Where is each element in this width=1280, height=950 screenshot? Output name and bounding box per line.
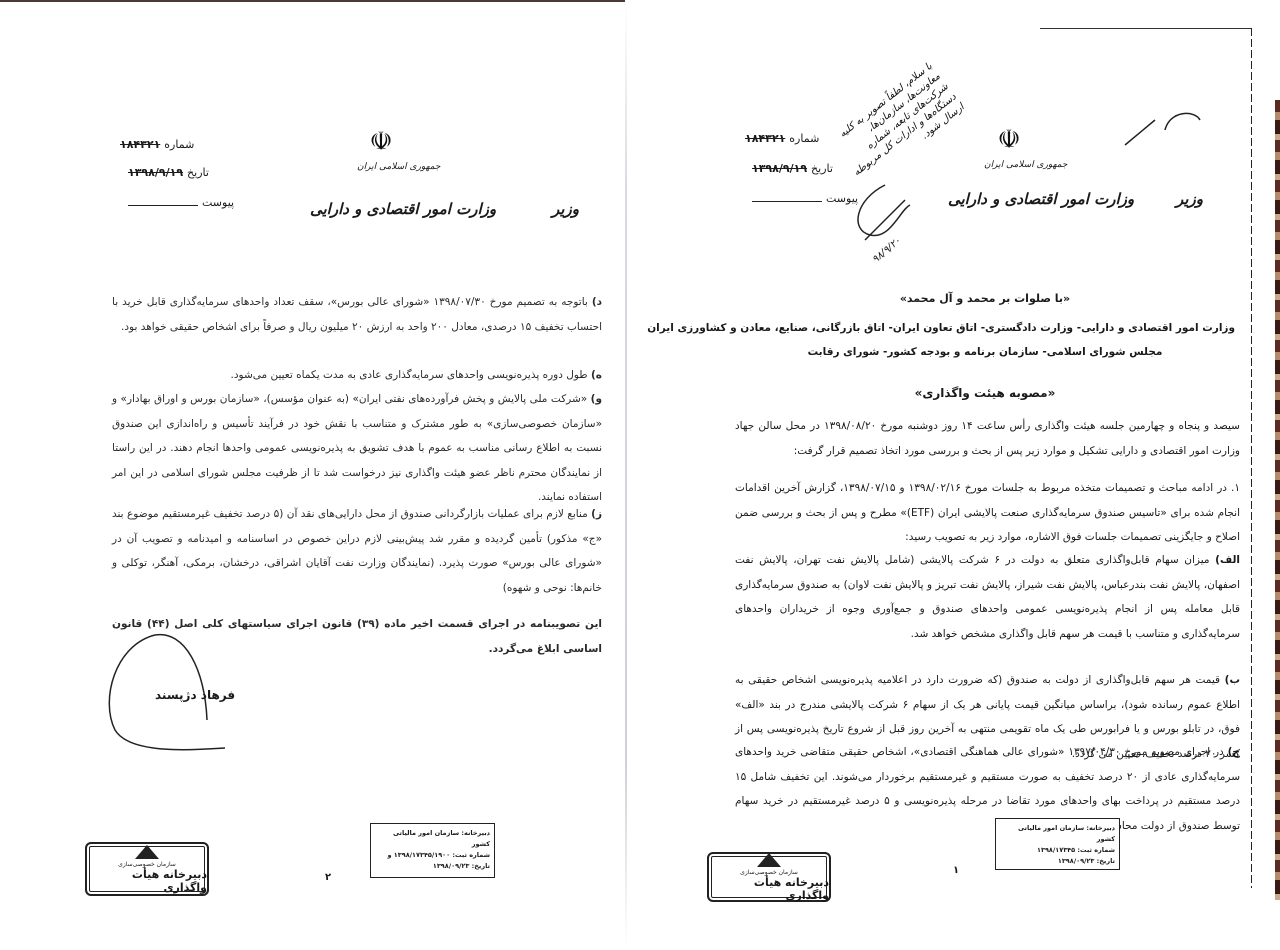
letter-date: تاریخ ۱۳۹۸/۹/۱۹ (752, 162, 833, 175)
stamp-org: سازمان خصوصی‌سازی (740, 869, 798, 876)
clause-label: ب) (1225, 674, 1240, 686)
attachment-line (128, 204, 198, 206)
date-value: ۱۳۹۸/۹/۱۹ (128, 166, 183, 179)
registry-line: دبیرخانه: سازمان امور مالیاتی کشور (1000, 823, 1115, 845)
number-value: ۱۸۴۳۲۱ (745, 132, 785, 145)
clause-label: د) (592, 296, 602, 308)
letter-number: شماره ۱۸۴۳۲۱ (120, 138, 194, 151)
number-label: شماره (164, 138, 194, 151)
registry-line: تاریخ: ۱۳۹۸/۰۹/۲۳ (1000, 856, 1115, 867)
clause-text: طول دوره پذیره‌نویسی واحدهای سرمایه‌گذار… (231, 369, 588, 381)
recipients-line-1: وزارت امور اقتصادی و دارایی- وزارت دادگس… (735, 322, 1235, 334)
registry-line: شماره ثبت: ۱۳۹۸/۱۷۳۴۵ (1000, 845, 1115, 856)
scan-edge (0, 0, 625, 2)
item-text: در ادامه مباحث و تصمیمات متخذه مربوط به … (735, 482, 1240, 543)
clause-label: الف) (1215, 554, 1240, 566)
clause-text: در اجرای مصوبه مورخ ۱۳۹۷/۰۴/۳۰ «شورای عا… (735, 746, 1240, 832)
recipients-line-2: مجلس شورای اسلامی- سازمان برنامه و بودجه… (735, 346, 1235, 358)
clause-label: و) (591, 393, 602, 405)
document-page-2: ☫ جمهوری اسلامی ایران وزارت امور اقتصادی… (0, 0, 626, 950)
clause-label: ه) (591, 369, 602, 381)
page-border (1251, 28, 1252, 888)
attachment-label: پیوست (202, 196, 234, 209)
registry-line: شماره ثبت: ۱۳۹۸/۱۷۳۴۵/۱۹۰۰ و (375, 850, 490, 861)
handwritten-initials-icon (1115, 110, 1205, 150)
privatization-logo-icon (757, 853, 781, 867)
date-label: تاریخ (811, 162, 833, 175)
clause-alef: الف) میزان سهام قابل‌واگذاری متعلق به دو… (735, 548, 1240, 646)
clause-ze: ز) منابع لازم برای عملیات بازارگردانی صن… (112, 502, 602, 600)
stamp-org: سازمان خصوصی‌سازی (118, 861, 176, 868)
item-1: ۱. در ادامه مباحث و تصمیمات متخذه مربوط … (735, 476, 1240, 550)
ministry-name: وزارت امور اقتصادی و دارایی (948, 190, 1134, 208)
secretariat-stamp: سازمان خصوصی‌سازی دبیرخانه هیأت واگذاری (707, 852, 831, 902)
clause-vav: و) «شرکت ملی پالایش و پخش فرآورده‌های نف… (112, 387, 602, 510)
clause-label: ج) (1228, 746, 1240, 758)
attachment-line (752, 200, 822, 202)
clause-text: «شرکت ملی پالایش و پخش فرآورده‌های نفتی … (112, 393, 602, 503)
registry-line: تاریخ: ۱۳۹۸/۰۹/۲۳ (375, 861, 490, 872)
salutation: «با صلوات بر محمد و آل محمد» (885, 292, 1085, 305)
iran-emblem-icon: ☫ (368, 126, 394, 158)
clause-jim: ج) در اجرای مصوبه مورخ ۱۳۹۷/۰۴/۳۰ «شورای… (735, 740, 1240, 838)
date-label: تاریخ (187, 166, 209, 179)
letter-date: تاریخ ۱۳۹۸/۹/۱۹ (128, 166, 209, 179)
meeting-intro: سیصد و پنجاه و چهارمین جلسه هیئت واگذاری… (735, 414, 1240, 463)
stamp-label: دبیرخانه هیأت واگذاری (709, 876, 829, 902)
secretariat-stamp: سازمان خصوصی‌سازی دبیرخانه هیأت واگذاری (85, 842, 209, 896)
recipient-label: وزیر (1176, 190, 1203, 208)
page-number: ۱ (953, 865, 959, 876)
clause-text: میزان سهام قابل‌واگذاری متعلق به دولت در… (735, 554, 1240, 640)
page-divider (625, 0, 627, 950)
registry-stamp: دبیرخانه: سازمان امور مالیاتی کشور شماره… (995, 818, 1120, 870)
clause-dal: د) باتوجه به تصمیم مورخ ۱۳۹۸/۰۷/۳۰ «شورا… (112, 290, 602, 339)
clause-label: ز) (591, 508, 602, 520)
letter-attachment: پیوست (752, 192, 858, 205)
stamp-label: دبیرخانه هیأت واگذاری (87, 868, 207, 894)
signatory-name: فرهاد دژپسند (155, 688, 235, 702)
emblem-caption: جمهوری اسلامی ایران (357, 162, 441, 172)
clause-text: منابع لازم برای عملیات بازارگردانی صندوق… (112, 508, 602, 594)
resolution-title: «مصوبه هیئت واگذاری» (885, 386, 1085, 400)
emblem-caption: جمهوری اسلامی ایران (984, 160, 1068, 170)
item-number: ۱. (1231, 482, 1240, 494)
ministry-name: وزارت امور اقتصادی و دارایی (310, 200, 496, 218)
letter-attachment: پیوست (128, 196, 234, 209)
date-value: ۱۳۹۸/۹/۱۹ (752, 162, 807, 175)
recipient-label: وزیر (552, 200, 579, 218)
number-label: شماره (789, 132, 819, 145)
registry-line: دبیرخانه: سازمان امور مالیاتی کشور (375, 828, 490, 850)
clause-he: ه) طول دوره پذیره‌نویسی واحدهای سرمایه‌گ… (112, 363, 602, 388)
clause-text: باتوجه به تصمیم مورخ ۱۳۹۸/۰۷/۳۰ «شورای ع… (112, 296, 602, 333)
registry-stamp: دبیرخانه: سازمان امور مالیاتی کشور شماره… (370, 823, 495, 878)
number-value: ۱۸۴۳۲۱ (120, 138, 160, 151)
page-border (1040, 28, 1252, 29)
torn-paper-edge (1275, 100, 1280, 900)
iran-emblem-icon: ☫ (996, 124, 1022, 156)
page-number: ۲ (325, 872, 331, 883)
letter-number: شماره ۱۸۴۳۲۱ (745, 132, 819, 145)
privatization-logo-icon (135, 845, 159, 859)
